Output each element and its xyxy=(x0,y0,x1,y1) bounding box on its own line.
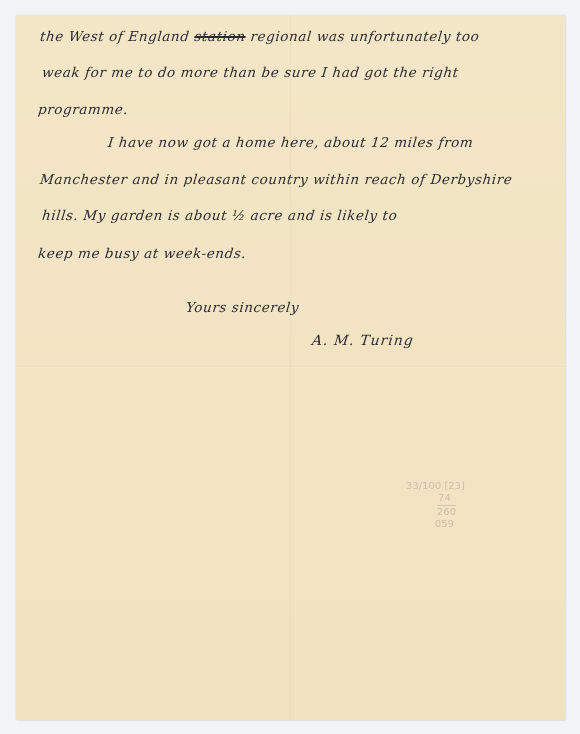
letter-line-2: weak for me to do more than be sure I ha… xyxy=(41,65,459,81)
closing: Yours sincerely xyxy=(185,300,300,316)
letter-line-1: the West of England station regional was… xyxy=(39,29,480,45)
struck-word: station xyxy=(194,29,247,45)
letter-line-7: keep me busy at week-ends. xyxy=(37,246,247,262)
archive-pencil-annotation: 33/100 [23] 74 260 059 xyxy=(406,481,465,531)
archive-line-2: 260 xyxy=(437,505,456,519)
archive-line-3: 059 xyxy=(424,519,465,531)
archive-ref: 33/100 [23] xyxy=(406,481,465,493)
letter-line-3: programme. xyxy=(37,102,129,118)
letter-page: the West of England station regional was… xyxy=(16,15,565,720)
archive-line-1: 74 xyxy=(424,493,465,505)
line-1-end: regional was unfortunately too xyxy=(245,29,480,45)
line-1-start: the West of England xyxy=(39,29,195,45)
letter-line-4: I have now got a home here, about 12 mil… xyxy=(107,135,474,151)
signature: A. M. Turing xyxy=(311,333,414,349)
letter-line-6: hills. My garden is about ½ acre and is … xyxy=(41,208,398,224)
vertical-fold-crease xyxy=(290,15,291,720)
letter-line-5: Manchester and in pleasant country withi… xyxy=(39,172,513,188)
